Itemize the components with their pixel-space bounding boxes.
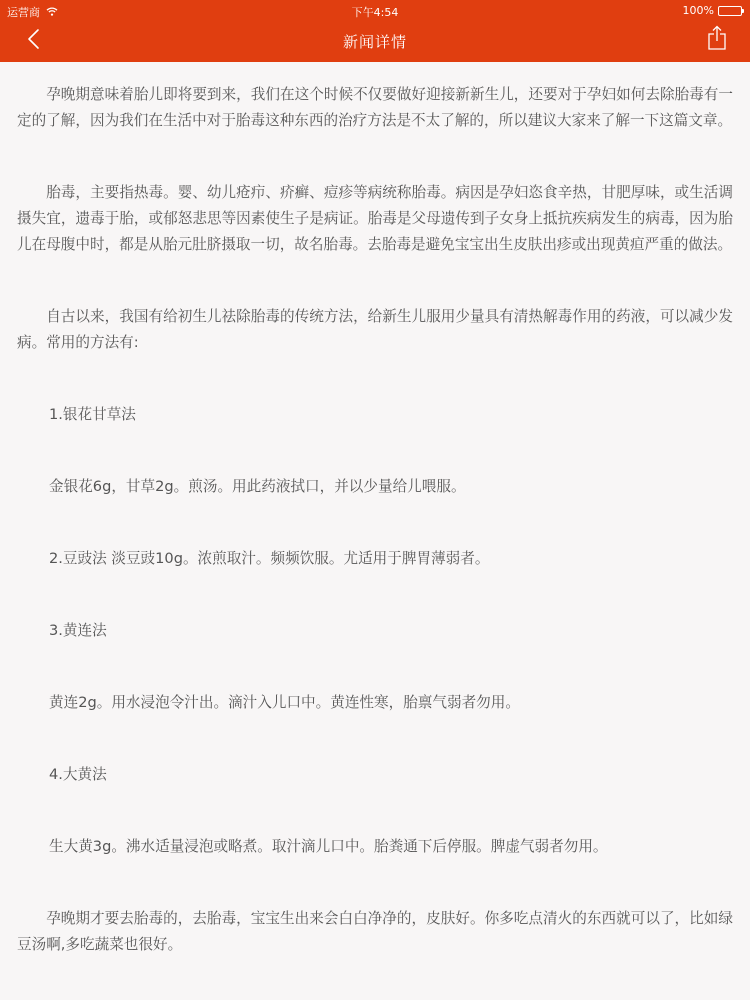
method-description: 黄连2g。用水浸泡令汁出。滴汁入儿口中。黄连性寒，胎禀气弱者勿用。 [17,690,733,716]
method-description: 生大黄3g。沸水适量浸泡或略煮。取汁滴儿口中。胎粪通下后停服。脾虚气弱者勿用。 [17,834,733,860]
status-right: 100% [683,4,742,17]
article-scroll-area[interactable]: 孕晚期意味着胎儿即将要到来，我们在这个时候不仅要做好迎接新新生儿，还要对于孕妇如… [0,62,750,1000]
status-bar: 运营商 下午4:54 100% [0,0,750,22]
method-heading: 3.黄连法 [17,618,733,644]
article-paragraph: 孕晚期才要去胎毒的，去胎毒，宝宝生出来会白白净净的，皮肤好。你多吃点清火的东西就… [17,906,733,958]
article-paragraph: 孕晚期意味着胎儿即将要到来，我们在这个时候不仅要做好迎接新新生儿，还要对于孕妇如… [17,82,733,134]
page-title: 新闻详情 [0,31,750,52]
nav-bar: 新闻详情 [0,22,750,62]
method-heading: 2.豆豉法 淡豆豉10g。浓煎取汁。频频饮服。尤适用于脾胃薄弱者。 [17,546,733,572]
status-time: 下午4:54 [0,4,750,20]
battery-percent: 100% [683,4,714,17]
article-body: 孕晚期意味着胎儿即将要到来，我们在这个时候不仅要做好迎接新新生儿，还要对于孕妇如… [0,62,750,958]
article-paragraph: 胎毒，主要指热毒。婴、幼儿疮疖、疥癣、痘疹等病统称胎毒。病因是孕妇恣食辛热，甘肥… [17,180,733,258]
method-description: 金银花6g，甘草2g。煎汤。用此药液拭口，并以少量给儿喂服。 [17,474,733,500]
article-paragraph: 自古以来，我国有给初生儿祛除胎毒的传统方法，给新生儿服用少量具有清热解毒作用的药… [17,304,733,356]
share-icon [707,25,727,55]
battery-full-icon [718,6,742,16]
share-button[interactable] [704,25,730,55]
app-header: 运营商 下午4:54 100% 新闻详情 [0,0,750,62]
method-heading: 1.银花甘草法 [17,402,733,428]
method-heading: 4.大黄法 [17,762,733,788]
